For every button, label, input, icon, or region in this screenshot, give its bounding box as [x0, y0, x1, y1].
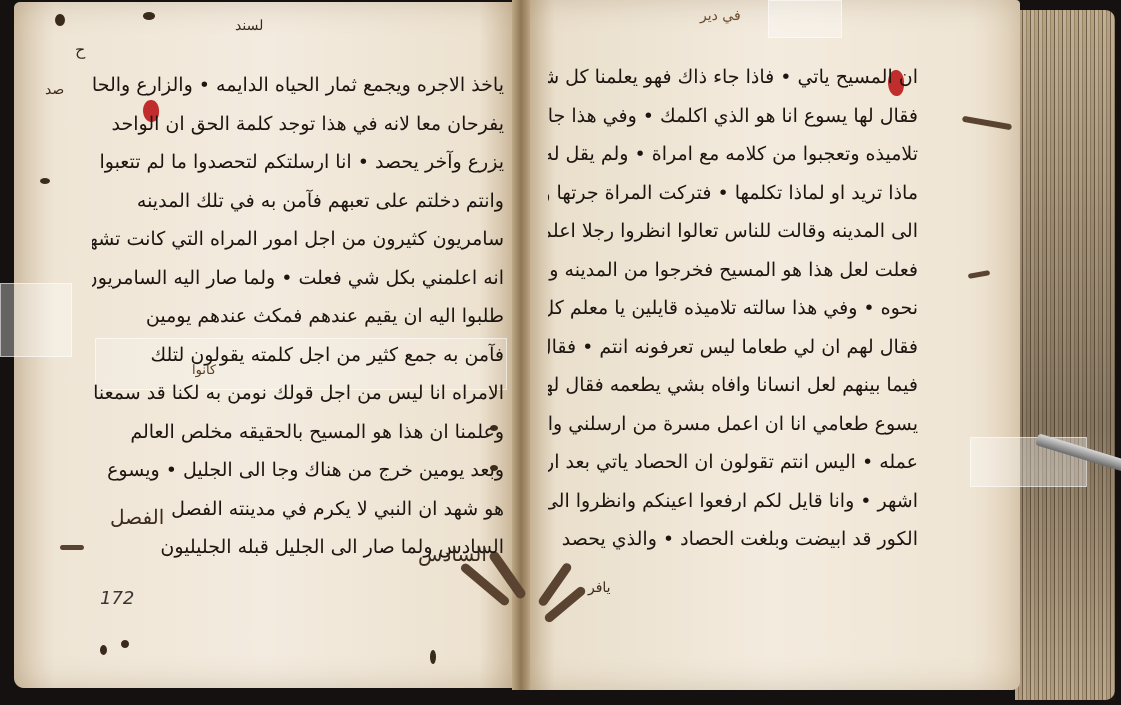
text-line: يفرحان معا لانه في هذا توجد كلمة الحق ان… [92, 105, 504, 144]
text-line: يسوع طعامي انا ان اعمل مسرة من ارسلني وا… [548, 405, 918, 444]
rubric-chapter-label: الفصل [110, 505, 164, 529]
left-side-note: ح [75, 40, 85, 59]
text-line: وعلمنا ان هذا هو المسيح بالحقيقه مخلص ال… [92, 413, 504, 452]
worm-hole [430, 650, 436, 664]
text-line: الى المدينه وقالت للناس تعالوا انظروا رج… [548, 212, 918, 251]
worm-hole [40, 178, 50, 184]
text-line: ياخذ الاجره ويجمع ثمار الحياه الدايمه • … [92, 66, 504, 105]
interlinear-note: كانوا [192, 363, 216, 378]
text-line: عمله • اليس انتم تقولون ان الحصاد ياتي ب… [548, 443, 918, 482]
text-line: وبعد يومين خرج من هناك وجا الى الجليل • … [92, 451, 504, 490]
text-line: الكور قد ابيضت وبلغت الحصاد • والذي يحصد [548, 520, 918, 559]
right-page-text: ان المسيح ياتي • فاذا جاء ذاك فهو يعلمنا… [548, 58, 918, 559]
worm-hole [55, 14, 65, 26]
manuscript-photo: لسند ح صد في دير ياخذ الاجره ويجمع ثمار … [0, 0, 1121, 705]
folio-number: 172 [100, 588, 134, 609]
catchword: يافر [588, 580, 611, 596]
worm-hole [100, 645, 107, 655]
text-line: وانتم دخلتم على تعبهم فآمن به في تلك الم… [92, 182, 504, 221]
text-line: تلاميذه وتعجبوا من كلامه مع امراة • ولم … [548, 135, 918, 174]
left-top-marginal-note: لسند [235, 18, 263, 34]
text-line: طلبوا اليه ان يقيم عندهم فمكث عندهم يومي… [92, 297, 504, 336]
page-edges [1015, 10, 1115, 700]
worm-damage [60, 545, 84, 550]
text-line: فعلت لعل هذا هو المسيح فخرجوا من المدينه… [548, 251, 918, 290]
text-line: سامريون كثيرون من اجل امور المراه التي ك… [92, 220, 504, 259]
text-line: ان المسيح ياتي • فاذا جاء ذاك فهو يعلمنا… [548, 58, 918, 97]
text-line: فقال لها يسوع انا هو الذي اكلمك • وفي هذ… [548, 97, 918, 136]
repair-tape [0, 283, 72, 357]
repair-tape [768, 0, 842, 38]
text-line: يزرع وآخر يحصد • انا ارسلتكم لتحصدوا ما … [92, 143, 504, 182]
worm-hole [121, 640, 129, 648]
rubric-chapter-number: السادس [418, 542, 487, 566]
text-line: فيما بينهم لعل انسانا وافاه بشي يطعمه فق… [548, 366, 918, 405]
left-page-text: ياخذ الاجره ويجمع ثمار الحياه الدايمه • … [92, 66, 504, 567]
text-line: انه اعلمني بكل شي فعلت • ولما صار اليه ا… [92, 259, 504, 298]
text-line: ماذا تريد او لماذا تكلمها • فتركت المراة… [548, 174, 918, 213]
text-line: فقال لهم ان لي طعاما ليس تعرفونه انتم • … [548, 328, 918, 367]
text-line: فآمن به جمع كثير من اجل كلمته يقولون لتل… [92, 336, 504, 375]
worm-hole [143, 12, 155, 20]
text-line: الامراه انا ليس من اجل قولك نومن به لكنا… [92, 374, 504, 413]
text-line: نحوه • وفي هذا سالته تلاميذه قايلين يا م… [548, 289, 918, 328]
right-top-marginal-note: في دير [700, 8, 741, 24]
left-side-note: صد [45, 82, 64, 98]
text-line: اشهر • وانا قايل لكم ارفعوا اعينكم وانظر… [548, 482, 918, 521]
